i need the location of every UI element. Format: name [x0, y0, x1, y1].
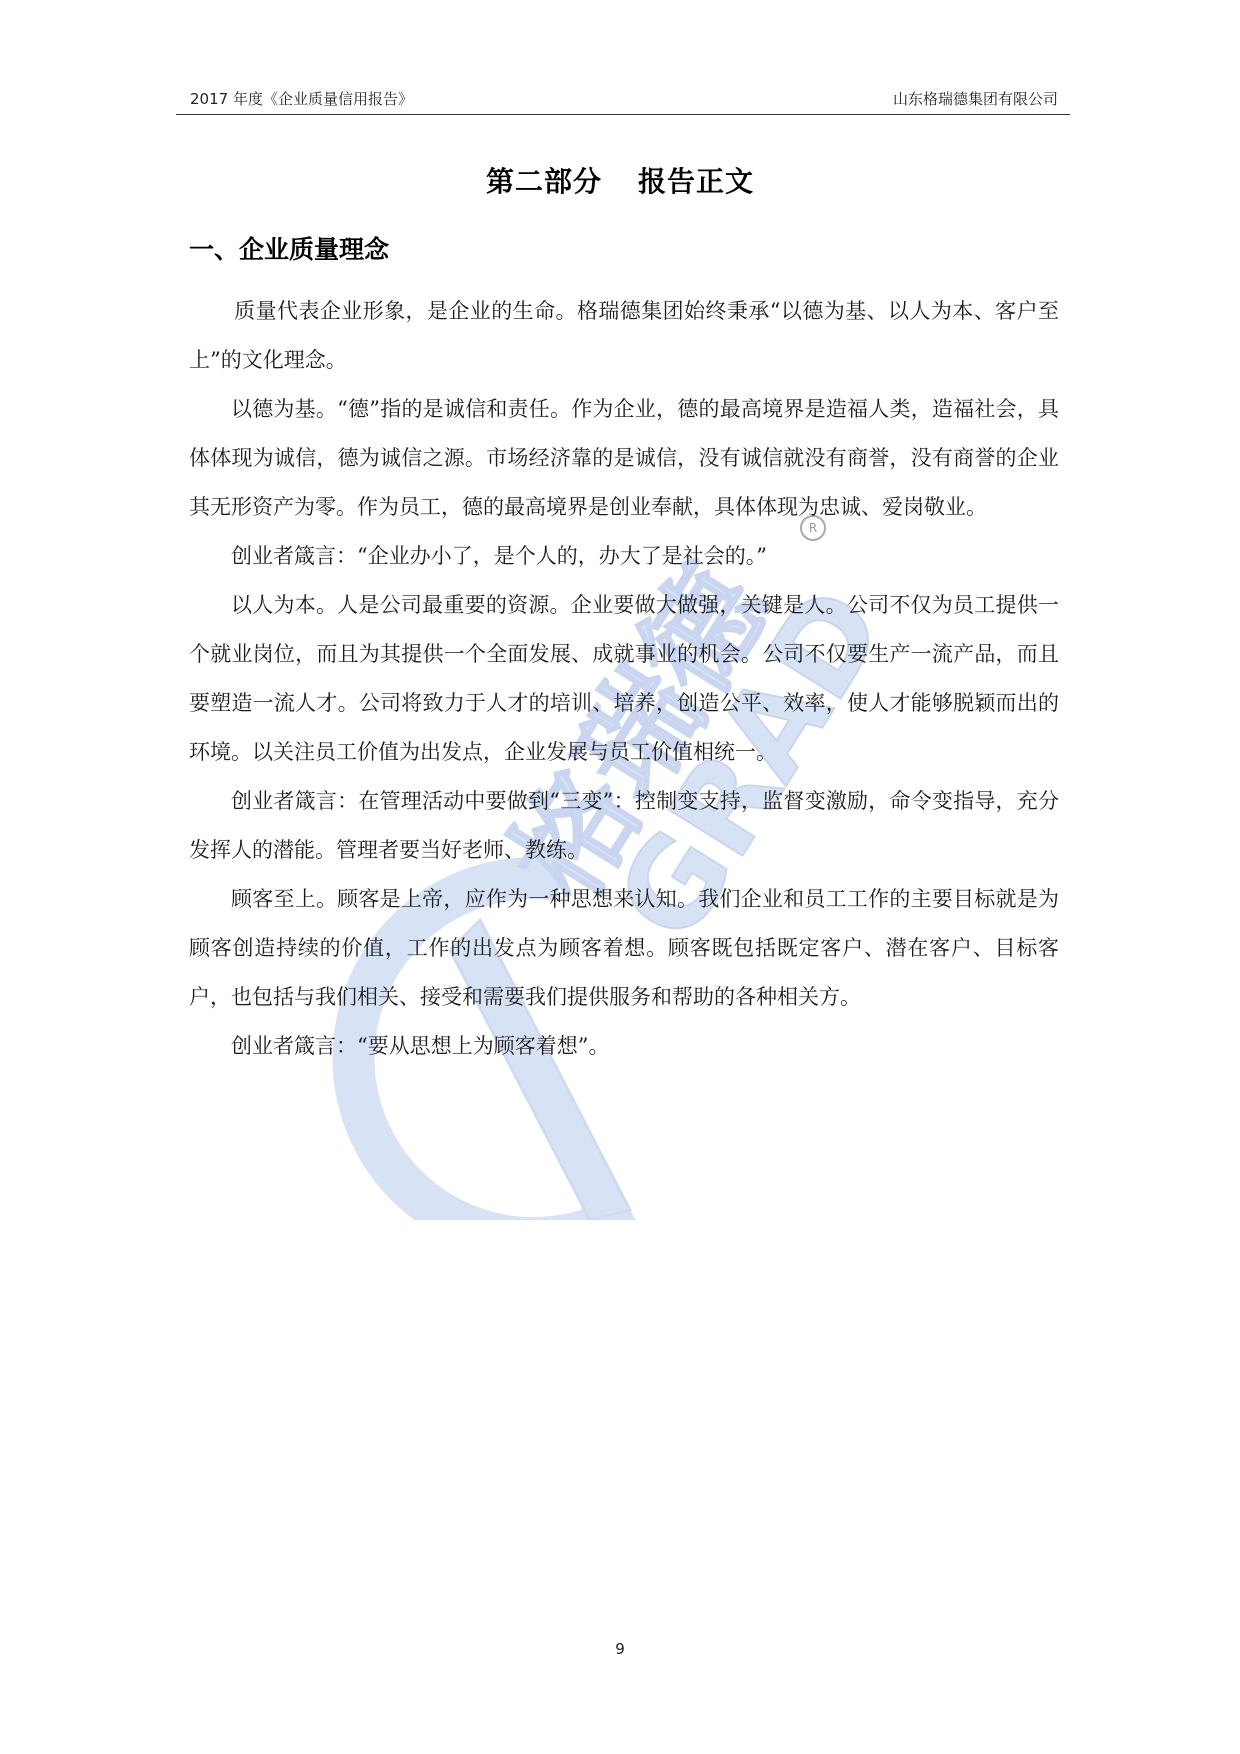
header-company-name: 山东格瑞德集团有限公司 [893, 88, 1058, 109]
paragraph-intro: 质量代表企业形象，是企业的生命。格瑞德集团始终秉承“以德为基、以人为本、客户至上… [189, 287, 1059, 385]
report-body: 质量代表企业形象，是企业的生命。格瑞德集团始终秉承“以德为基、以人为本、客户至上… [189, 287, 1059, 1071]
paragraph-people-oriented: 以人为本。人是公司最重要的资源。企业要做大做强，关键是人。公司不仅为员工提供一个… [189, 581, 1059, 777]
page-number: 9 [0, 1640, 1240, 1658]
paragraph-founder-quote-1: 创业者箴言：“企业办小了，是个人的，办大了是社会的。” [189, 532, 1059, 581]
page-header: 2017 年度《企业质量信用报告》 山东格瑞德集团有限公司 [176, 86, 1066, 110]
paragraph-founder-quote-2: 创业者箴言：在管理活动中要做到“三变”：控制变支持，监督变激励，命令变指导，充分… [189, 777, 1059, 875]
header-divider [176, 114, 1070, 115]
part-title: 第二部分报告正文 [0, 160, 1240, 200]
paragraph-founder-quote-3: 创业者箴言：“要从思想上为顾客着想”。 [189, 1022, 1059, 1071]
part-title-part: 第二部分 [486, 165, 602, 198]
paragraph-customer-first: 顾客至上。顾客是上帝，应作为一种思想来认知。我们企业和员工工作的主要目标就是为顾… [189, 875, 1059, 1022]
section-title: 一、企业质量理念 [189, 230, 389, 266]
header-report-title: 2017 年度《企业质量信用报告》 [190, 88, 413, 109]
paragraph-virtue: 以德为基。“德”指的是诚信和责任。作为企业，德的最高境界是造福人类，造福社会，具… [189, 385, 1059, 532]
part-title-name: 报告正文 [638, 165, 754, 198]
